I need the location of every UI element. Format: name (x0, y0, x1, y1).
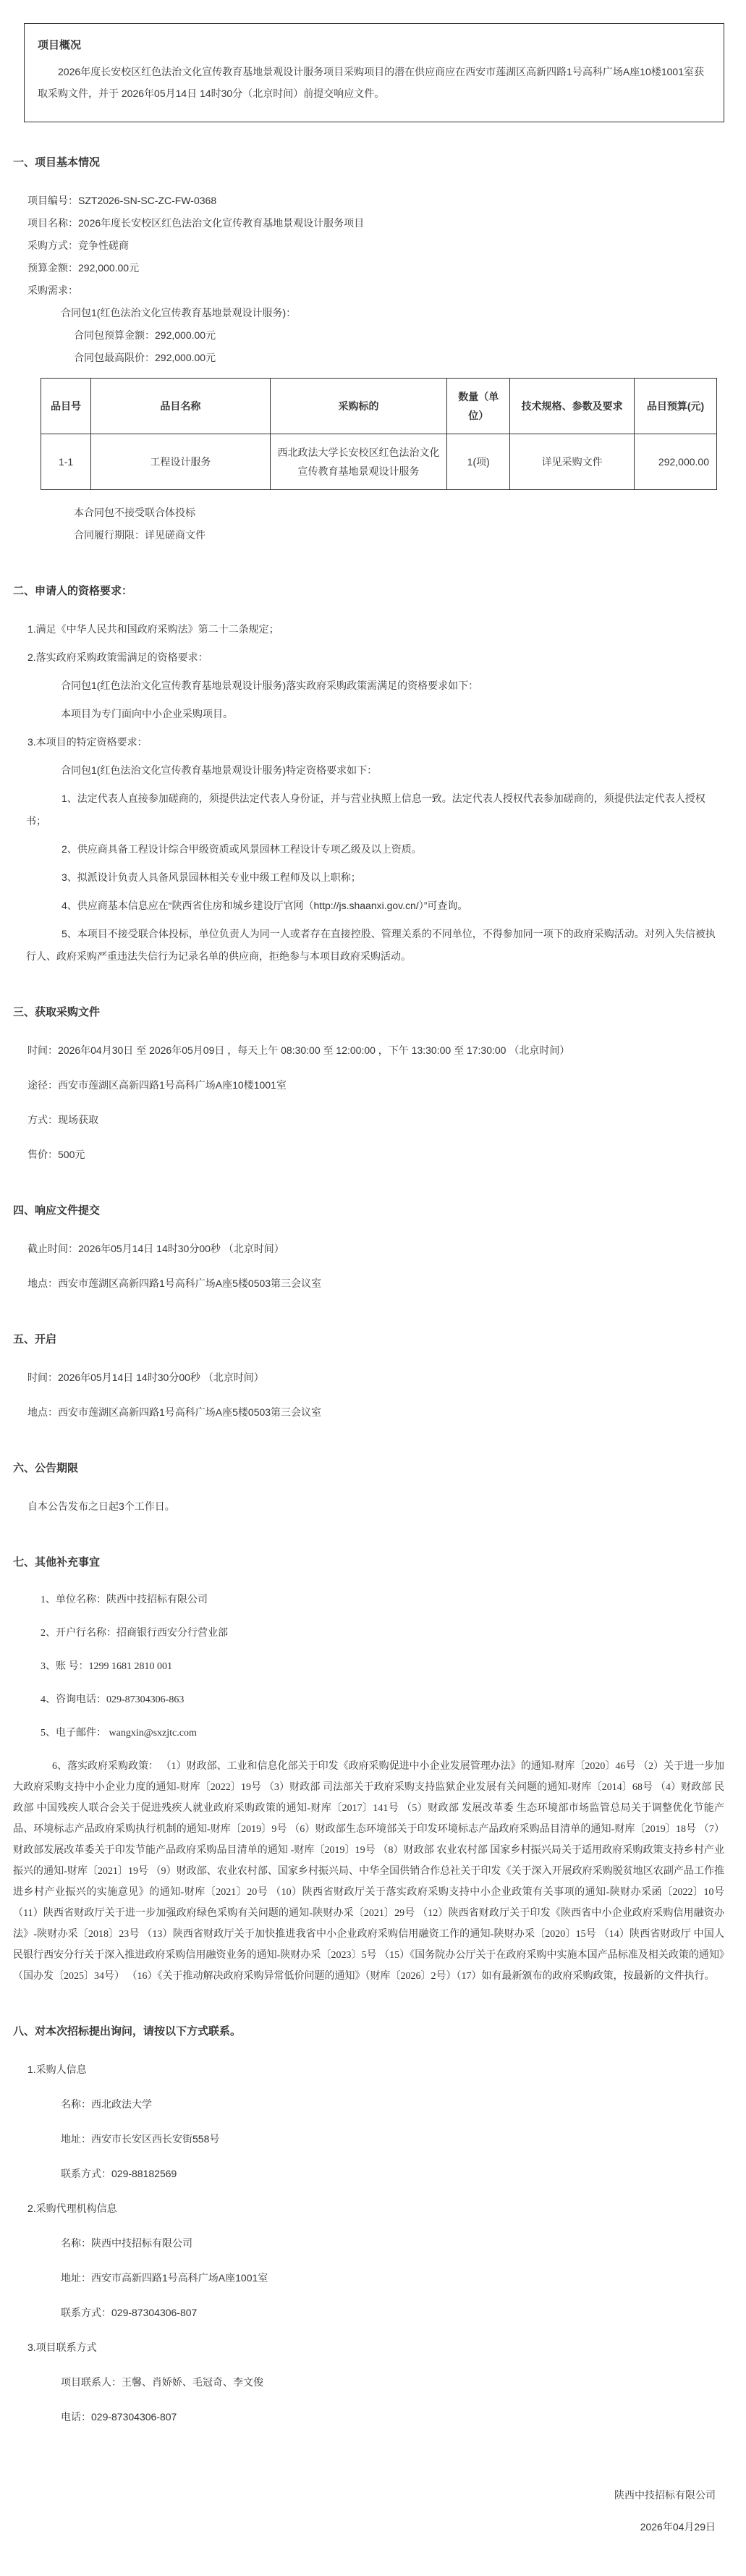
special-requirement-5: 5、本项目不接受联合体投标，单位负责人为同一人或者存在直接控股、管理关系的不同单… (13, 923, 724, 968)
project-no-value: SZT2026-SN-SC-ZC-FW-0368 (78, 195, 216, 206)
table-row: 1-1 工程设计服务 西北政法大学长安校区红色法治文化宣传教育基地景观设计服务 … (41, 434, 717, 490)
package-budget-value: 292,000.00元 (155, 329, 216, 341)
cell-subject: 西北政法大学长安校区红色法治文化宣传教育基地景观设计服务 (270, 434, 447, 490)
field-project-name: 项目名称：2026年度长安校区红色法治文化宣传教育基地景观设计服务项目 (13, 212, 724, 235)
field-purchaser-phone: 联系方式：029-88182569 (13, 2163, 724, 2185)
cell-spec: 详见采购文件 (510, 434, 635, 490)
col-header-item-no: 品目号 (41, 379, 91, 434)
qualification-item-1: 1.满足《中华人民共和国政府采购法》第二十二条规定； (13, 618, 724, 641)
field-project-contact-phone: 电话：029-87304306-807 (13, 2406, 724, 2428)
field-duration: 合同履行期限：详见磋商文件 (13, 524, 724, 546)
project-contact-phone-value: 029-87304306-807 (91, 2411, 177, 2423)
project-contact-title: 3.项目联系方式 (13, 2336, 724, 2359)
special-requirement-3: 3、拟派设计负责人具备风景园林相关专业中级工程师及以上职称； (13, 866, 724, 889)
duration-value: 详见磋商文件 (145, 529, 205, 541)
special-requirement-1: 1、法定代表人直接参加磋商的，须提供法定代表人身份证，并与营业执照上信息一致。法… (13, 787, 724, 832)
purchaser-name-label: 名称： (61, 2098, 91, 2110)
project-contact-phone-label: 电话： (61, 2411, 91, 2423)
project-no-label: 项目编号： (27, 195, 78, 206)
field-project-no: 项目编号：SZT2026-SN-SC-ZC-FW-0368 (13, 190, 724, 212)
cell-item-no: 1-1 (41, 434, 91, 490)
opening-place-label: 地点： (27, 1406, 58, 1418)
agency-info-title: 2.采购代理机构信息 (13, 2197, 724, 2220)
agency-name-label: 名称： (61, 2237, 91, 2249)
agency-name-value: 陕西中技招标有限公司 (91, 2237, 192, 2249)
project-contact-person-label: 项目联系人： (61, 2376, 122, 2388)
field-method: 采购方式：竞争性磋商 (13, 235, 724, 257)
supplement-item-5: 5、电子邮件： wangxin@sxzjtc.com (13, 1723, 724, 1744)
col-header-quantity: 数量（单位） (447, 379, 510, 434)
agency-address-value: 西安市高新四路1号高科广场A座1001室 (91, 2272, 268, 2284)
section-obtain-heading: 三、获取采购文件 (13, 1004, 724, 1019)
obtain-mode-value: 现场获取 (58, 1114, 98, 1126)
signature-company: 陕西中技招标有限公司 (13, 2479, 716, 2511)
procurement-announcement-page: 项目概况 2026年度长安校区红色法治文化宣传教育基地景观设计服务项目采购项目的… (0, 0, 746, 2576)
section-qualification-heading: 二、申请人的资格要求： (13, 583, 724, 598)
col-header-budget: 品目预算(元) (635, 379, 717, 434)
project-name-label: 项目名称： (27, 217, 78, 229)
field-obtain-time: 时间：2026年04月30日 至 2026年05月09日 ，每天上午 08:30… (13, 1039, 724, 1062)
supplement-policy-paragraph: 6、落实政府采购政策： （1）财政部、工业和信息化部关于印发《政府采购促进中小企… (13, 1756, 724, 1987)
signature-date: 2026年04月29日 (13, 2511, 716, 2543)
signature-block: 陕西中技招标有限公司 2026年04月29日 (13, 2479, 724, 2543)
no-consortium-note: 本合同包不接受联合体投标 (13, 502, 724, 524)
table-header-row: 品目号 品目名称 采购标的 数量（单位） 技术规格、参数及要求 品目预算(元) (41, 379, 717, 434)
field-package-budget: 合同包预算金额：292,000.00元 (13, 324, 724, 347)
obtain-mode-label: 方式： (27, 1114, 58, 1126)
field-package-cap: 合同包最高限价：292,000.00元 (13, 347, 724, 369)
cell-item-name: 工程设计服务 (91, 434, 271, 490)
qualification-item-3: 3.本项目的特定资格要求： (13, 731, 724, 753)
col-header-subject: 采购标的 (270, 379, 447, 434)
field-purchaser-name: 名称：西北政法大学 (13, 2093, 724, 2116)
section-announcement-heading: 六、公告期限 (13, 1460, 724, 1475)
cell-budget: 292,000.00 (635, 434, 717, 490)
supplement-item-3: 3、账 号：1299 1681 2810 001 (13, 1656, 724, 1678)
field-opening-place: 地点：西安市莲湖区高新四路1号高科广场A座5楼0503第三会议室 (13, 1401, 724, 1424)
announcement-body: 自本公告发布之日起3个工作日。 (13, 1495, 724, 1518)
overview-heading: 项目概况 (38, 37, 711, 52)
field-agency-name: 名称：陕西中技招标有限公司 (13, 2232, 724, 2255)
purchaser-phone-label: 联系方式： (61, 2168, 111, 2179)
submission-place-value: 西安市莲湖区高新四路1号高科广场A座5楼0503第三会议室 (58, 1278, 321, 1289)
package-budget-label: 合同包预算金额： (74, 329, 155, 341)
package-cap-value: 292,000.00元 (155, 352, 216, 363)
submission-deadline-value: 2026年05月14日 14时30分00秒 （北京时间） (78, 1243, 284, 1254)
field-project-contact-person: 项目联系人：王馨、肖娇娇、毛冠奇、李文俊 (13, 2371, 724, 2394)
col-header-spec: 技术规格、参数及要求 (510, 379, 635, 434)
field-opening-time: 时间：2026年05月14日 14时30分00秒 （北京时间） (13, 1367, 724, 1389)
section-contact-heading: 八、对本次招标提出询问，请按以下方式联系。 (13, 2023, 724, 2038)
demand-label: 采购需求： (13, 279, 724, 302)
field-submission-deadline: 截止时间：2026年05月14日 14时30分00秒 （北京时间） (13, 1238, 724, 1260)
qualification-item-2-sub-1: 合同包1(红色法治文化宣传教育基地景观设计服务)落实政府采购政策需满足的资格要求… (13, 675, 724, 697)
overview-paragraph: 2026年度长安校区红色法治文化宣传教育基地景观设计服务项目采购项目的潜在供应商… (38, 61, 711, 104)
purchaser-name-value: 西北政法大学 (91, 2098, 152, 2110)
section-supplement-heading: 七、其他补充事宜 (13, 1554, 724, 1569)
section-submission-heading: 四、响应文件提交 (13, 1202, 724, 1217)
duration-label: 合同履行期限： (74, 529, 145, 541)
obtain-way-value: 西安市莲湖区高新四路1号高科广场A座10楼1001室 (58, 1079, 287, 1091)
submission-deadline-label: 截止时间： (27, 1243, 78, 1254)
field-submission-place: 地点：西安市莲湖区高新四路1号高科广场A座5楼0503第三会议室 (13, 1272, 724, 1295)
qualification-item-2-sub-2: 本项目为专门面向中小企业采购项目。 (13, 703, 724, 725)
purchaser-phone-value: 029-88182569 (111, 2168, 177, 2179)
obtain-time-value: 2026年04月30日 至 2026年05月09日 ，每天上午 08:30:00… (58, 1044, 569, 1056)
method-value: 竞争性磋商 (78, 240, 129, 251)
supplement-item-2: 2、开户行名称：招商银行西安分行营业部 (13, 1623, 724, 1644)
obtain-price-label: 售价： (27, 1149, 58, 1160)
field-obtain-mode: 方式：现场获取 (13, 1109, 724, 1131)
project-name-value: 2026年度长安校区红色法治文化宣传教育基地景观设计服务项目 (78, 217, 364, 229)
submission-place-label: 地点： (27, 1278, 58, 1289)
field-budget: 预算金额：292,000.00元 (13, 257, 724, 279)
budget-label: 预算金额： (27, 262, 78, 274)
special-requirement-2: 2、供应商具备工程设计综合甲级资质或风景园林工程设计专项乙级及以上资质。 (13, 838, 724, 861)
opening-place-value: 西安市莲湖区高新四路1号高科广场A座5楼0503第三会议室 (58, 1406, 321, 1418)
package-cap-label: 合同包最高限价： (74, 352, 155, 363)
purchaser-info-title: 1.采购人信息 (13, 2058, 724, 2081)
special-requirement-4: 4、供应商基本信息应在“陕西省住房和城乡建设厅官网（http://js.shaa… (13, 895, 724, 917)
procurement-items-table: 品目号 品目名称 采购标的 数量（单位） 技术规格、参数及要求 品目预算(元) … (41, 378, 717, 490)
obtain-time-label: 时间： (27, 1044, 58, 1056)
obtain-price-value: 500元 (58, 1149, 85, 1160)
method-label: 采购方式： (27, 240, 78, 251)
field-obtain-price: 售价：500元 (13, 1144, 724, 1166)
qualification-item-3-sub: 合同包1(红色法治文化宣传教育基地景观设计服务)特定资格要求如下： (13, 759, 724, 782)
project-contact-person-value: 王馨、肖娇娇、毛冠奇、李文俊 (122, 2376, 263, 2388)
supplement-item-4: 4、咨询电话：029-87304306-863 (13, 1689, 724, 1711)
field-purchaser-address: 地址：西安市长安区西长安街558号 (13, 2128, 724, 2150)
qualification-item-2: 2.落实政府采购政策需满足的资格要求： (13, 646, 724, 669)
opening-time-label: 时间： (27, 1372, 58, 1383)
purchaser-address-value: 西安市长安区西长安街558号 (91, 2133, 219, 2145)
section-opening-heading: 五、开启 (13, 1331, 724, 1346)
budget-value: 292,000.00元 (78, 262, 139, 274)
agency-phone-value: 029-87304306-807 (111, 2307, 197, 2318)
field-agency-address: 地址：西安市高新四路1号高科广场A座1001室 (13, 2267, 724, 2289)
field-agency-phone: 联系方式：029-87304306-807 (13, 2302, 724, 2324)
project-overview-box: 项目概况 2026年度长安校区红色法治文化宣传教育基地景观设计服务项目采购项目的… (24, 23, 724, 122)
col-header-item-name: 品目名称 (91, 379, 271, 434)
package-title: 合同包1(红色法治文化宣传教育基地景观设计服务)： (13, 302, 724, 324)
opening-time-value: 2026年05月14日 14时30分00秒 （北京时间） (58, 1372, 264, 1383)
supplement-item-1: 1、单位名称：陕西中技招标有限公司 (13, 1589, 724, 1611)
purchaser-address-label: 地址： (61, 2133, 91, 2145)
agency-address-label: 地址： (61, 2272, 91, 2284)
section-basic-heading: 一、项目基本情况 (13, 154, 724, 169)
cell-quantity: 1(项) (447, 434, 510, 490)
obtain-way-label: 途径： (27, 1079, 58, 1091)
agency-phone-label: 联系方式： (61, 2307, 111, 2318)
field-obtain-way: 途径：西安市莲湖区高新四路1号高科广场A座10楼1001室 (13, 1074, 724, 1097)
